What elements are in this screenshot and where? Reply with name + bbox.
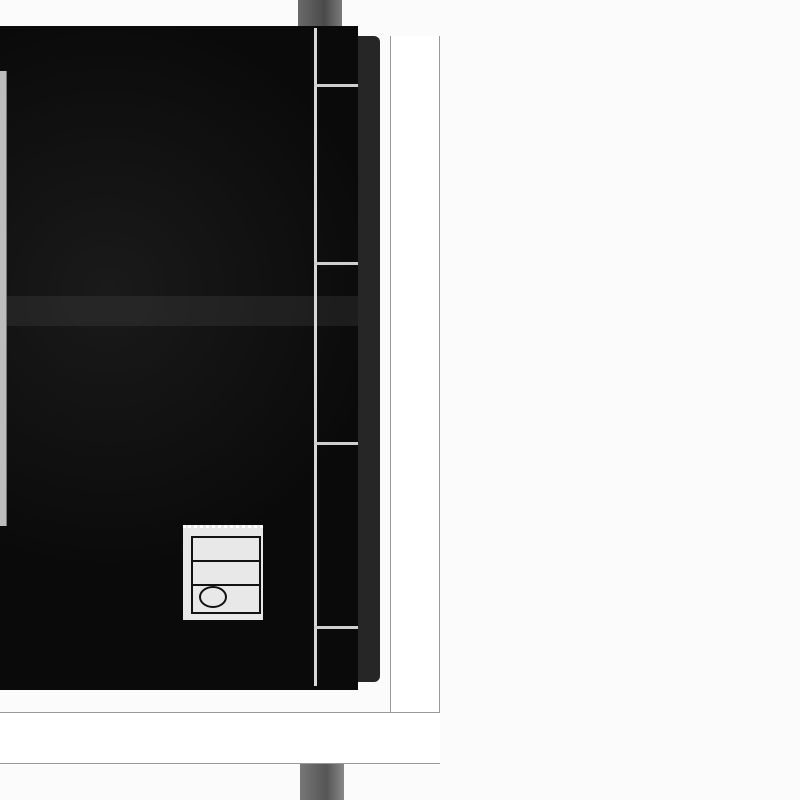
library-label: [183, 525, 263, 620]
label-stamp: [199, 586, 227, 608]
cover-fade-band: [0, 296, 358, 326]
title-slip-edge: [0, 71, 7, 526]
label-volume-row: [193, 586, 259, 610]
label-blank-row: [193, 562, 259, 586]
binding-thread-stitch: [314, 84, 358, 87]
binder-clip-bottom: [300, 760, 344, 800]
book-cover: [0, 26, 358, 690]
binding-thread-vertical: [314, 28, 317, 686]
vertical-ruler: [390, 36, 440, 722]
binding-thread-stitch: [314, 442, 358, 445]
binding-thread-stitch: [314, 626, 358, 629]
binding-thread-stitch: [314, 262, 358, 265]
label-call-number: [193, 538, 259, 562]
horizontal-ruler: [0, 712, 440, 764]
